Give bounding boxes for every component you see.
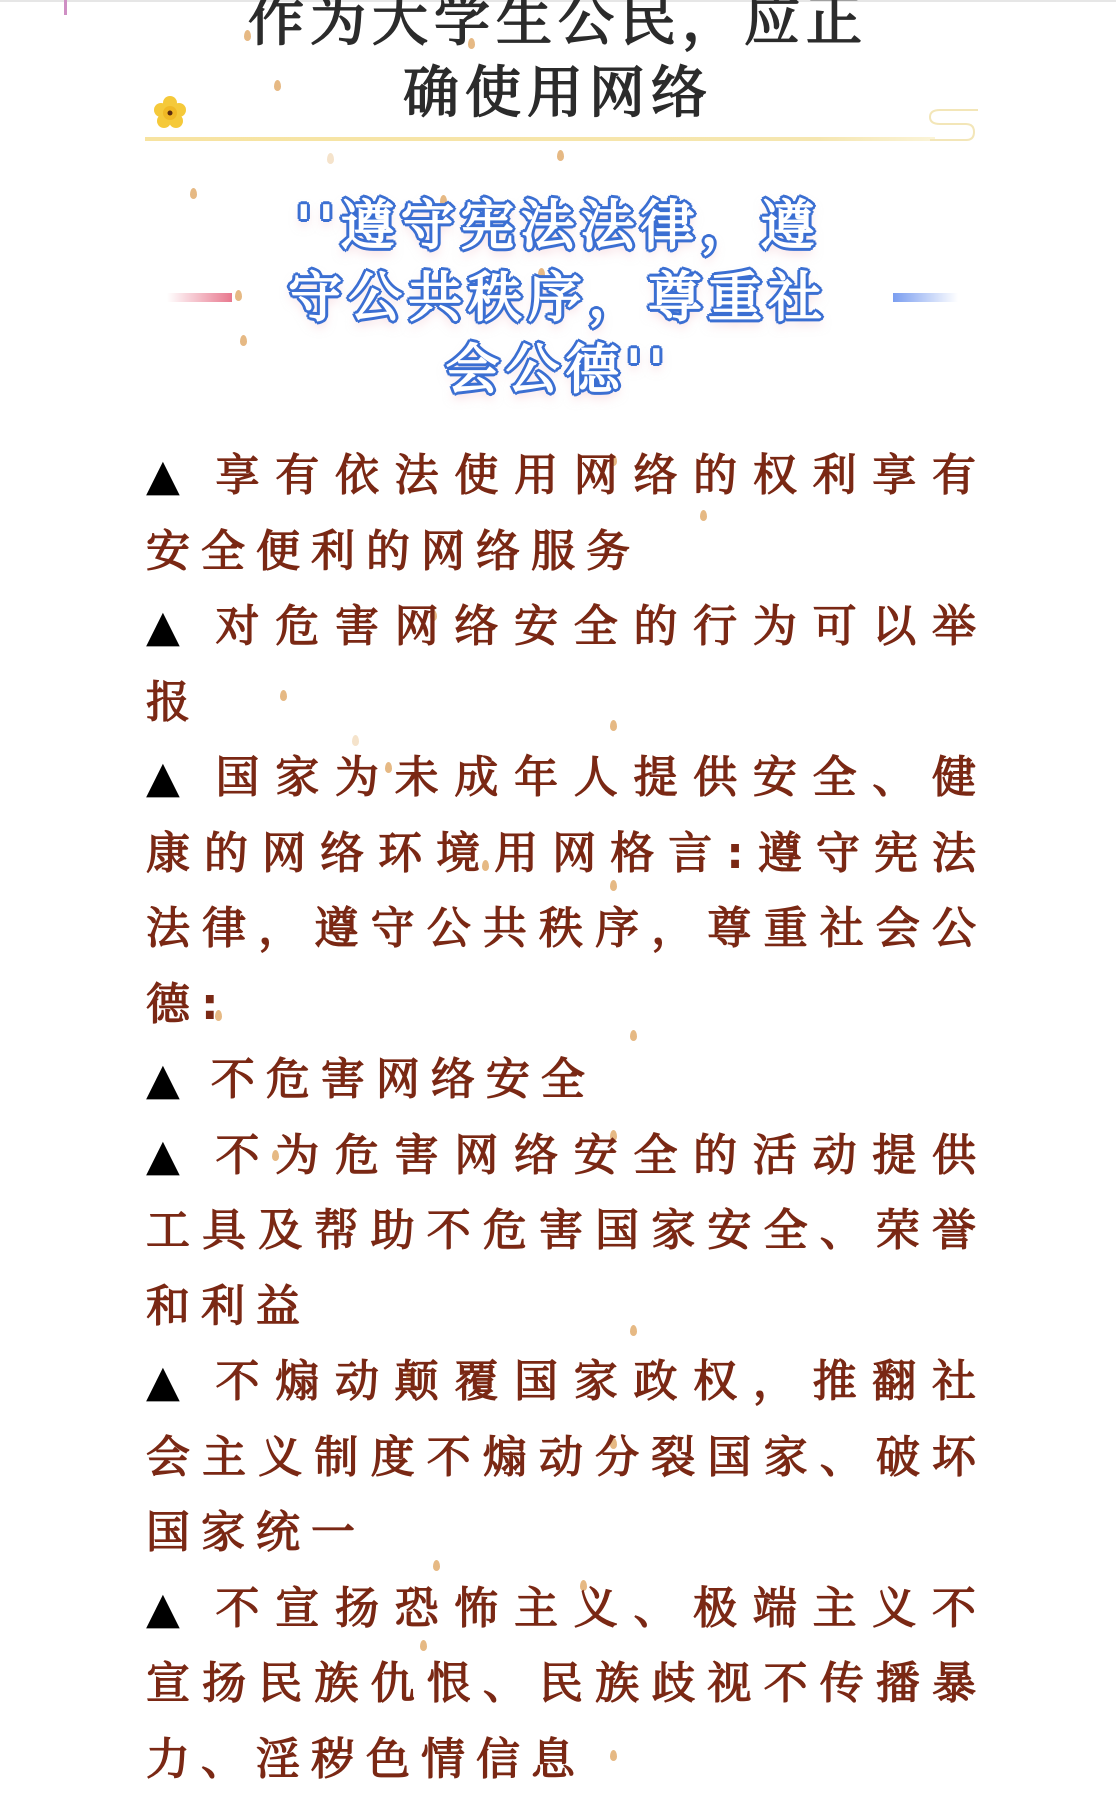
item-line: ▲不宣扬恐怖主义、极端主义不	[146, 1571, 976, 1647]
list-item: ▲不为危害网络安全的活动提供 工具及帮助不危害国家安全、荣誉 和利益	[146, 1118, 976, 1345]
subtitle-line-3: 会公德''	[0, 334, 1116, 406]
title-line-1: 作为大学生公民，应正	[0, 0, 1116, 58]
slogan-subtitle: ''遵守宪法法律，遵 守公共秩序，尊重社 会公德''	[0, 190, 1116, 406]
item-line: 德:	[146, 967, 976, 1043]
item-line: ▲对危害网络安全的行为可以举	[146, 589, 976, 665]
list-item: ▲享有依法使用网络的权利享有 安全便利的网络服务	[146, 438, 976, 589]
triangle-icon: ▲	[146, 589, 180, 665]
item-line: 力、淫秽色情信息	[146, 1722, 976, 1798]
item-line: ▲享有依法使用网络的权利享有	[146, 438, 976, 514]
subtitle-line-2: 守公共秩序，尊重社	[0, 262, 1116, 334]
item-line: 法律，遵守公共秩序，尊重社会公	[146, 891, 976, 967]
triangle-icon: ▲	[146, 1571, 180, 1647]
flower-icon	[152, 95, 188, 131]
list-item: ▲不危害网络安全	[146, 1042, 976, 1118]
item-line: ▲不煽动颠覆国家政权，推翻社	[146, 1344, 976, 1420]
item-line: ▲国家为未成年人提供安全、健	[146, 740, 976, 816]
list-item: ▲不宣扬恐怖主义、极端主义不 宣扬民族仇恨、民族歧视不传播暴 力、淫秽色情信息	[146, 1571, 976, 1798]
title-underline	[145, 137, 935, 141]
subtitle-line-1: ''遵守宪法法律，遵	[0, 190, 1116, 262]
swirl-decoration	[928, 108, 980, 142]
item-line: ▲不危害网络安全	[146, 1042, 976, 1118]
item-line: 工具及帮助不危害国家安全、荣誉	[146, 1193, 976, 1269]
item-line: 宣扬民族仇恨、民族歧视不传播暴	[146, 1646, 976, 1722]
body-list: ▲享有依法使用网络的权利享有 安全便利的网络服务 ▲对危害网络安全的行为可以举 …	[146, 438, 976, 1797]
triangle-icon: ▲	[146, 438, 180, 514]
triangle-icon: ▲	[146, 1118, 180, 1194]
list-item: ▲不煽动颠覆国家政权，推翻社 会主义制度不煽动分裂国家、破坏 国家统一	[146, 1344, 976, 1571]
item-line: 康的网络环境用网格言:遵守宪法	[146, 816, 976, 892]
item-line: 和利益	[146, 1269, 976, 1345]
list-item: ▲对危害网络安全的行为可以举 报	[146, 589, 976, 740]
triangle-icon: ▲	[146, 1042, 191, 1118]
list-item: ▲国家为未成年人提供安全、健 康的网络环境用网格言:遵守宪法 法律，遵守公共秩序…	[146, 740, 976, 1042]
item-line: 报	[146, 665, 976, 741]
item-line: ▲不为危害网络安全的活动提供	[146, 1118, 976, 1194]
item-line: 会主义制度不煽动分裂国家、破坏	[146, 1420, 976, 1496]
triangle-icon: ▲	[146, 1344, 180, 1420]
triangle-icon: ▲	[146, 740, 180, 816]
item-line: 安全便利的网络服务	[146, 514, 976, 590]
item-line: 国家统一	[146, 1495, 976, 1571]
